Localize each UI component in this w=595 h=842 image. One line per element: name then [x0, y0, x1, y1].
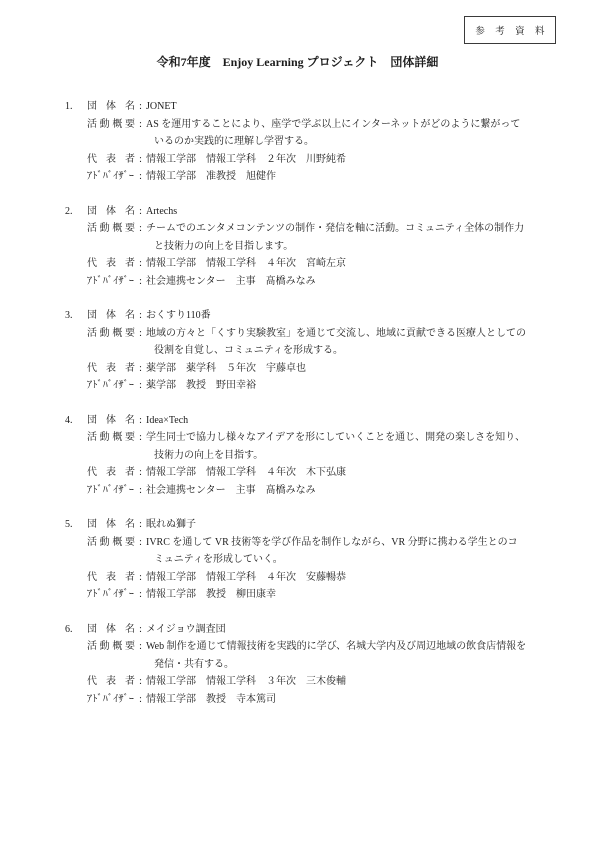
adviser-value: 情報工学部 准教授 旭健作 — [146, 168, 276, 186]
label-colon: : — [135, 586, 146, 604]
label-colon: : — [135, 151, 146, 169]
representative-value: 情報工学部 情報工学科 ２年次 川野純希 — [146, 151, 346, 169]
team-entry: 4. 団 体 名 : Idea×Tech 活動概要 : 学生同士で協力し様々なア… — [65, 412, 567, 500]
label-colon: : — [135, 464, 146, 482]
representative-label: 代 表 者 — [87, 673, 135, 691]
team-name-row: 1. 団 体 名 : JONET — [65, 98, 567, 116]
overview-line-1: Web 制作を通じて情報技術を実践的に学び、名城大学内及び周辺地域の飲食店情報を — [146, 638, 526, 656]
reference-stamp-box: 参 考 資 料 — [464, 16, 556, 44]
overview-value: 地域の方々と「くすり実験教室」を通じて交流し、地域に貢献できる医療人としての 役… — [146, 325, 526, 360]
overview-value: チームでのエンタメコンテンツの制作・発信を軸に活動。コミュニティ全体の制作力 と… — [146, 220, 524, 255]
representative-value: 情報工学部 情報工学科 ３年次 三木俊輔 — [146, 673, 346, 691]
overview-value: IVRC を通して VR 技術等を学び作品を制作しながら、VR 分野に携わる学生… — [146, 534, 518, 569]
overview-value: AS を運用することにより、座学で学ぶ以上にインターネットがどのように繋がって … — [146, 116, 520, 151]
overview-row: 活動概要 : Web 制作を通じて情報技術を実践的に学び、名城大学内及び周辺地域… — [65, 638, 567, 673]
team-entry: 3. 団 体 名 : おくすり110番 活動概要 : 地域の方々と「くすり実験教… — [65, 307, 567, 395]
overview-line-1: 地域の方々と「くすり実験教室」を通じて交流し、地域に貢献できる医療人としての — [146, 325, 526, 343]
label-colon: : — [135, 325, 146, 343]
overview-row: 活動概要 : 学生同士で協力し様々なアイデアを形にしていくことを通じ、開発の楽し… — [65, 429, 567, 464]
team-name-value: 眠れぬ獅子 — [146, 516, 196, 534]
adviser-row: ｱﾄﾞﾊﾞｲｻﾞｰ : 情報工学部 教授 寺本篤司 — [65, 691, 567, 709]
team-entry: 1. 団 体 名 : JONET 活動概要 : AS を運用することにより、座学… — [65, 98, 567, 186]
team-name-row: 5. 団 体 名 : 眠れぬ獅子 — [65, 516, 567, 534]
adviser-value: 社会連携センター 主事 髙橋みなみ — [146, 273, 316, 291]
team-name-label: 団 体 名 — [87, 412, 135, 430]
label-colon: : — [135, 168, 146, 186]
adviser-value: 社会連携センター 主事 髙橋みなみ — [146, 482, 316, 500]
label-colon: : — [135, 534, 146, 552]
team-name-label: 団 体 名 — [87, 203, 135, 221]
team-name-label: 団 体 名 — [87, 307, 135, 325]
overview-label: 活動概要 — [87, 429, 135, 447]
team-name-label: 団 体 名 — [87, 98, 135, 116]
label-colon: : — [135, 691, 146, 709]
label-colon: : — [135, 482, 146, 500]
team-name-row: 3. 団 体 名 : おくすり110番 — [65, 307, 567, 325]
team-entry: 2. 団 体 名 : Artechs 活動概要 : チームでのエンタメコンテンツ… — [65, 203, 567, 291]
representative-label: 代 表 者 — [87, 569, 135, 587]
adviser-row: ｱﾄﾞﾊﾞｲｻﾞｰ : 薬学部 教授 野田幸裕 — [65, 377, 567, 395]
adviser-label: ｱﾄﾞﾊﾞｲｻﾞｰ — [87, 273, 135, 291]
adviser-value: 情報工学部 教授 柳田康幸 — [146, 586, 276, 604]
team-name-row: 4. 団 体 名 : Idea×Tech — [65, 412, 567, 430]
overview-label: 活動概要 — [87, 638, 135, 656]
adviser-row: ｱﾄﾞﾊﾞｲｻﾞｰ : 社会連携センター 主事 髙橋みなみ — [65, 482, 567, 500]
overview-row: 活動概要 : AS を運用することにより、座学で学ぶ以上にインターネットがどのよ… — [65, 116, 567, 151]
adviser-row: ｱﾄﾞﾊﾞｲｻﾞｰ : 情報工学部 准教授 旭健作 — [65, 168, 567, 186]
adviser-value: 情報工学部 教授 寺本篤司 — [146, 691, 276, 709]
team-entry: 6. 団 体 名 : メイジョウ調査団 活動概要 : Web 制作を通じて情報技… — [65, 621, 567, 709]
overview-line-2: 発信・共有する。 — [146, 656, 526, 674]
representative-row: 代 表 者 : 情報工学部 情報工学科 ３年次 三木俊輔 — [65, 673, 567, 691]
item-number: 1. — [65, 98, 87, 116]
label-colon: : — [135, 516, 146, 534]
item-number: 6. — [65, 621, 87, 639]
label-colon: : — [135, 412, 146, 430]
representative-label: 代 表 者 — [87, 255, 135, 273]
team-name-label: 団 体 名 — [87, 621, 135, 639]
representative-value: 情報工学部 情報工学科 ４年次 安藤暢恭 — [146, 569, 346, 587]
label-colon: : — [135, 255, 146, 273]
adviser-label: ｱﾄﾞﾊﾞｲｻﾞｰ — [87, 482, 135, 500]
representative-label: 代 表 者 — [87, 151, 135, 169]
label-colon: : — [135, 203, 146, 221]
label-colon: : — [135, 98, 146, 116]
label-colon: : — [135, 307, 146, 325]
document-page: 参 考 資 料 令和7年度 Enjoy Learning プロジェクト 団体詳細… — [0, 0, 595, 842]
overview-line-1: IVRC を通して VR 技術等を学び作品を制作しながら、VR 分野に携わる学生… — [146, 534, 518, 552]
representative-value: 情報工学部 情報工学科 ４年次 木下弘康 — [146, 464, 346, 482]
reference-stamp-label: 参 考 資 料 — [475, 23, 548, 37]
overview-line-2: と技術力の向上を目指します。 — [146, 238, 524, 256]
team-list: 1. 団 体 名 : JONET 活動概要 : AS を運用することにより、座学… — [65, 98, 567, 708]
overview-row: 活動概要 : 地域の方々と「くすり実験教室」を通じて交流し、地域に貢献できる医療… — [65, 325, 567, 360]
representative-value: 薬学部 薬学科 ５年次 宇藤卓也 — [146, 360, 306, 378]
team-name-value: Artechs — [146, 203, 177, 221]
label-colon: : — [135, 360, 146, 378]
representative-row: 代 表 者 : 薬学部 薬学科 ５年次 宇藤卓也 — [65, 360, 567, 378]
adviser-value: 薬学部 教授 野田幸裕 — [146, 377, 256, 395]
overview-line-2: いるのか実践的に理解し学習する。 — [146, 133, 520, 151]
overview-line-1: チームでのエンタメコンテンツの制作・発信を軸に活動。コミュニティ全体の制作力 — [146, 220, 524, 238]
overview-label: 活動概要 — [87, 325, 135, 343]
item-number: 2. — [65, 203, 87, 221]
team-name-value: Idea×Tech — [146, 412, 188, 430]
item-number: 4. — [65, 412, 87, 430]
adviser-label: ｱﾄﾞﾊﾞｲｻﾞｰ — [87, 377, 135, 395]
team-name-value: JONET — [146, 98, 177, 116]
adviser-label: ｱﾄﾞﾊﾞｲｻﾞｰ — [87, 168, 135, 186]
team-name-value: メイジョウ調査団 — [146, 621, 226, 639]
representative-label: 代 表 者 — [87, 360, 135, 378]
team-name-row: 2. 団 体 名 : Artechs — [65, 203, 567, 221]
label-colon: : — [135, 429, 146, 447]
representative-row: 代 表 者 : 情報工学部 情報工学科 ４年次 木下弘康 — [65, 464, 567, 482]
adviser-label: ｱﾄﾞﾊﾞｲｻﾞｰ — [87, 691, 135, 709]
team-entry: 5. 団 体 名 : 眠れぬ獅子 活動概要 : IVRC を通して VR 技術等… — [65, 516, 567, 604]
representative-row: 代 表 者 : 情報工学部 情報工学科 ２年次 川野純希 — [65, 151, 567, 169]
adviser-label: ｱﾄﾞﾊﾞｲｻﾞｰ — [87, 586, 135, 604]
overview-line-2: 役割を自覚し、コミュニティを形成する。 — [146, 342, 526, 360]
overview-label: 活動概要 — [87, 220, 135, 238]
adviser-row: ｱﾄﾞﾊﾞｲｻﾞｰ : 社会連携センター 主事 髙橋みなみ — [65, 273, 567, 291]
team-name-label: 団 体 名 — [87, 516, 135, 534]
representative-row: 代 表 者 : 情報工学部 情報工学科 ４年次 宮崎左京 — [65, 255, 567, 273]
item-number: 5. — [65, 516, 87, 534]
label-colon: : — [135, 621, 146, 639]
label-colon: : — [135, 638, 146, 656]
representative-row: 代 表 者 : 情報工学部 情報工学科 ４年次 安藤暢恭 — [65, 569, 567, 587]
label-colon: : — [135, 377, 146, 395]
overview-value: Web 制作を通じて情報技術を実践的に学び、名城大学内及び周辺地域の飲食店情報を… — [146, 638, 526, 673]
overview-label: 活動概要 — [87, 116, 135, 134]
item-number: 3. — [65, 307, 87, 325]
team-name-value: おくすり110番 — [146, 307, 211, 325]
overview-label: 活動概要 — [87, 534, 135, 552]
label-colon: : — [135, 273, 146, 291]
overview-value: 学生同士で協力し様々なアイデアを形にしていくことを通じ、開発の楽しさを知り、 技… — [146, 429, 525, 464]
label-colon: : — [135, 220, 146, 238]
representative-label: 代 表 者 — [87, 464, 135, 482]
adviser-row: ｱﾄﾞﾊﾞｲｻﾞｰ : 情報工学部 教授 柳田康幸 — [65, 586, 567, 604]
representative-value: 情報工学部 情報工学科 ４年次 宮崎左京 — [146, 255, 346, 273]
overview-line-2: ミュニティを形成していく。 — [146, 551, 518, 569]
label-colon: : — [135, 569, 146, 587]
overview-line-2: 技術力の向上を目指す。 — [146, 447, 525, 465]
label-colon: : — [135, 116, 146, 134]
label-colon: : — [135, 673, 146, 691]
team-name-row: 6. 団 体 名 : メイジョウ調査団 — [65, 621, 567, 639]
overview-row: 活動概要 : チームでのエンタメコンテンツの制作・発信を軸に活動。コミュニティ全… — [65, 220, 567, 255]
overview-line-1: 学生同士で協力し様々なアイデアを形にしていくことを通じ、開発の楽しさを知り、 — [146, 429, 525, 447]
overview-line-1: AS を運用することにより、座学で学ぶ以上にインターネットがどのように繋がって — [146, 116, 520, 134]
overview-row: 活動概要 : IVRC を通して VR 技術等を学び作品を制作しながら、VR 分… — [65, 534, 567, 569]
